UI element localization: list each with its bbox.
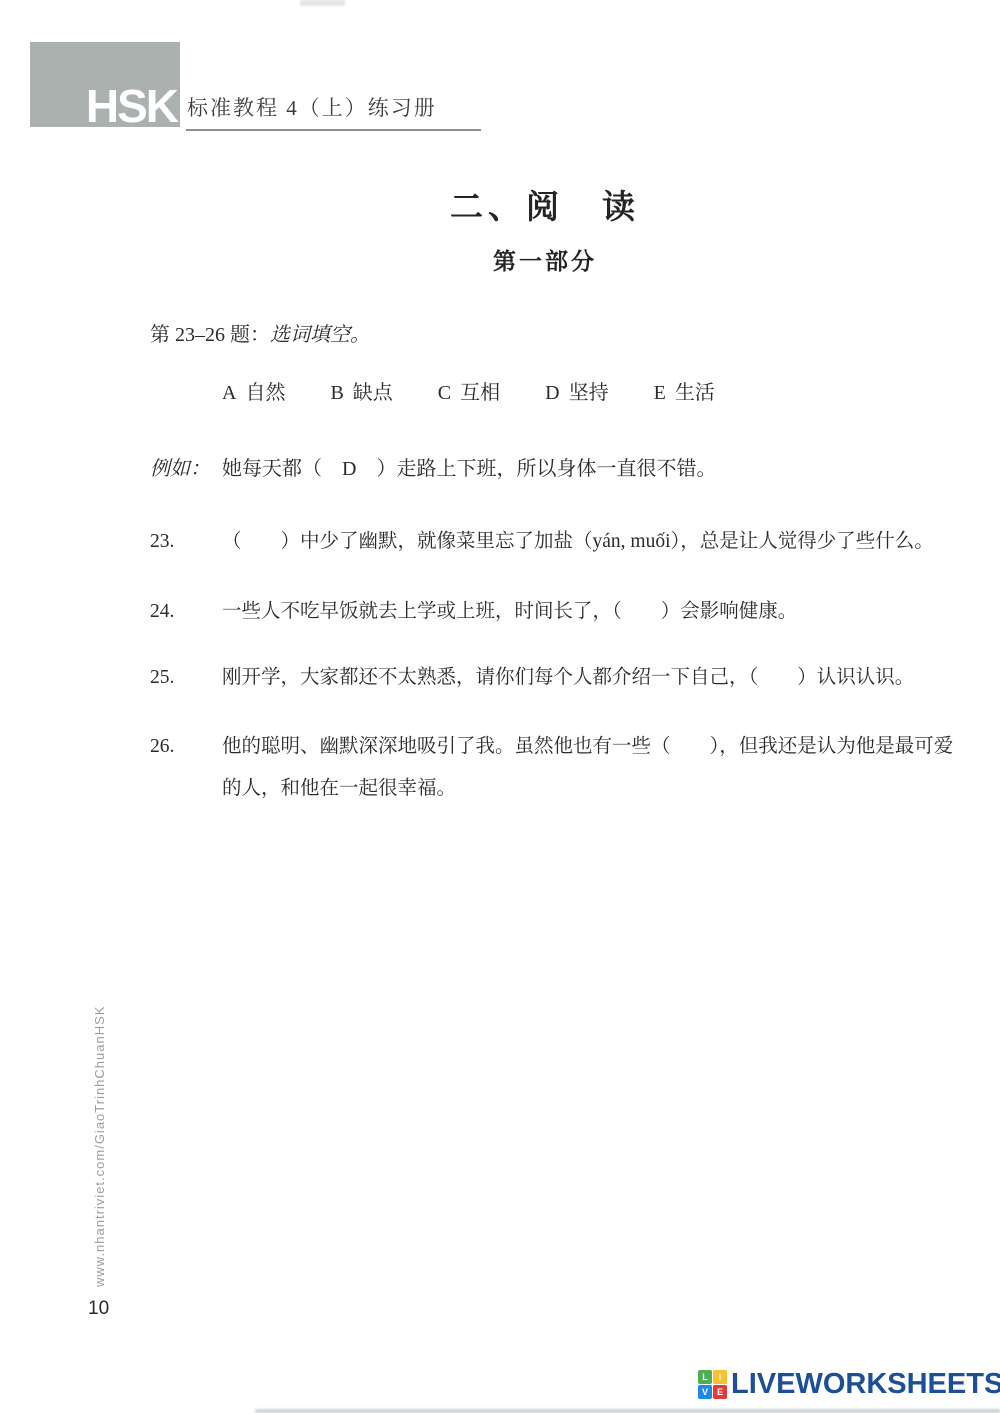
- question-24-number: 24.: [150, 591, 222, 633]
- example-sentence: 例如： 她每天都（ D ）走路上下班，所以身体一直很不错。: [150, 452, 716, 481]
- word-options: A自然 B缺点 C互相 D坚持 E生活: [222, 376, 715, 405]
- option-b: B缺点: [330, 376, 392, 405]
- option-e: E生活: [654, 376, 715, 405]
- section-title: 二、阅 读: [450, 190, 640, 226]
- question-26-number: 26.: [150, 726, 222, 810]
- book-title: 标准教程 4（上）练习册: [187, 92, 437, 122]
- instruction-task: 选词填空。: [270, 324, 370, 346]
- option-b-word: 缺点: [353, 382, 393, 404]
- instruction-prefix: 第 23–26 题：: [150, 324, 270, 346]
- option-a: A自然: [222, 376, 285, 405]
- example-text: 她每天都（ D ）走路上下班，所以身体一直很不错。: [222, 452, 716, 481]
- exercise-instruction: 第 23–26 题：选词填空。: [150, 318, 370, 347]
- option-e-letter: E: [654, 382, 666, 404]
- header-divider: [186, 129, 481, 131]
- question-24-text: 一些人不吃早饭就去上学或上班，时间长了，（ ）会影响健康。: [222, 591, 962, 633]
- option-c: C互相: [438, 376, 500, 405]
- hsk-logo-box: HSK: [30, 42, 180, 127]
- option-d-letter: D: [545, 382, 559, 404]
- question-25-text: 刚开学，大家都还不太熟悉，请你们每个人都介绍一下自己，（ ）认识认识。: [222, 657, 962, 699]
- workbook-page: HSK 标准教程 4（上）练习册 二、阅 读 第一部分 第 23–26 题：选词…: [0, 0, 1000, 1413]
- option-c-letter: C: [438, 382, 451, 404]
- scan-artifact-bottom: [255, 1409, 1000, 1413]
- lw-square-e: E: [713, 1385, 727, 1399]
- liveworksheets-wordmark: LIVEWORKSHEETS: [731, 1370, 1000, 1399]
- hsk-logo: HSK: [86, 83, 177, 129]
- scan-artifact-top: [300, 0, 345, 6]
- question-25: 25. 刚开学，大家都还不太熟悉，请你们每个人都介绍一下自己，（ ）认识认识。: [150, 657, 962, 699]
- liveworksheets-logo[interactable]: L I V E LIVEWORKSHEETS: [698, 1370, 1000, 1399]
- example-label: 例如：: [150, 452, 222, 481]
- option-e-word: 生活: [675, 382, 715, 404]
- question-25-number: 25.: [150, 657, 222, 699]
- question-23-text: （ ）中少了幽默，就像菜里忘了加盐（yán, muối），总是让人觉得少了些什么…: [222, 521, 962, 563]
- question-26-text: 他的聪明、幽默深深地吸引了我。虽然他也有一些（ ），但我还是认为他是最可爱的人，…: [222, 726, 962, 810]
- liveworksheets-squares-icon: L I V E: [698, 1370, 727, 1399]
- question-26: 26. 他的聪明、幽默深深地吸引了我。虽然他也有一些（ ），但我还是认为他是最可…: [150, 726, 962, 810]
- lw-square-l: L: [698, 1370, 712, 1384]
- option-a-letter: A: [222, 382, 236, 404]
- section-subtitle: 第一部分: [493, 249, 597, 274]
- lw-square-v: V: [698, 1385, 712, 1399]
- question-23-number: 23.: [150, 521, 222, 563]
- option-d: D坚持: [545, 376, 608, 405]
- option-c-word: 互相: [460, 382, 500, 404]
- lw-square-i: I: [713, 1370, 727, 1384]
- question-23: 23. （ ）中少了幽默，就像菜里忘了加盐（yán, muối），总是让人觉得少…: [150, 521, 962, 563]
- page-number: 10: [88, 1298, 109, 1320]
- option-b-letter: B: [330, 382, 343, 404]
- option-a-word: 自然: [245, 382, 285, 404]
- question-24: 24. 一些人不吃早饭就去上学或上班，时间长了，（ ）会影响健康。: [150, 591, 962, 633]
- sidebar-watermark-url: www.nhantriviet.com/GiaoTrinhChuanHSK: [92, 985, 107, 1287]
- option-d-word: 坚持: [569, 382, 609, 404]
